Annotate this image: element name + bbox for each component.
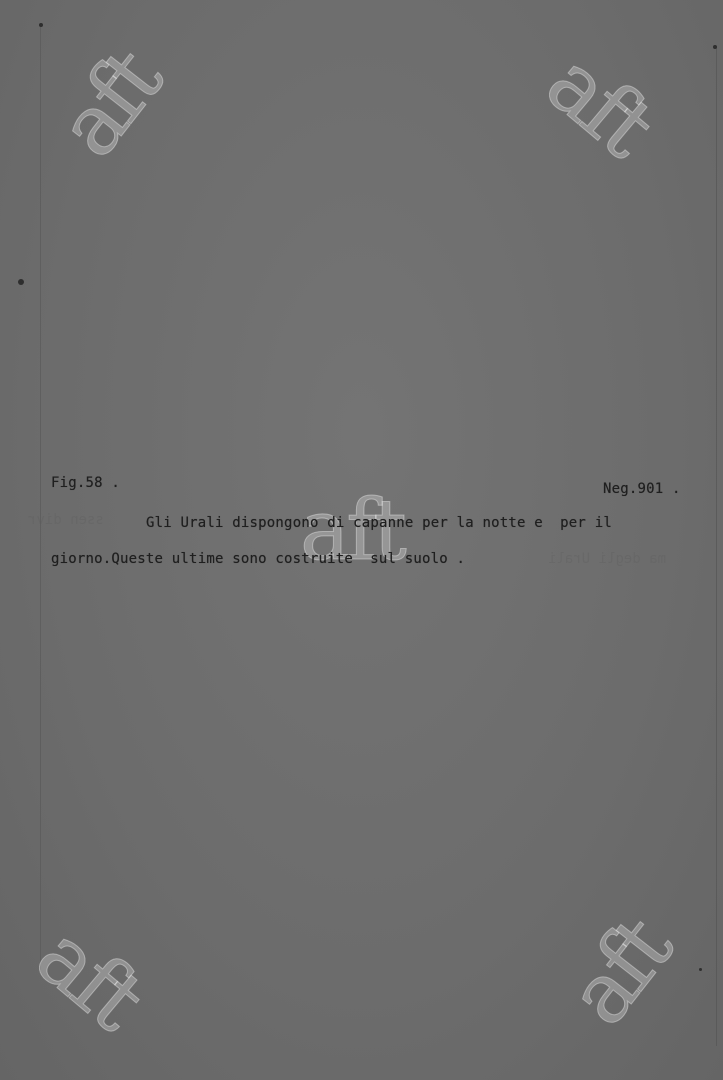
caption-line-2: giorno.Queste ultime sono costruite sul … [51,551,465,567]
figure-label: Fig.58 . [51,475,120,491]
ink-speck [39,23,43,27]
bleed-through-text: ssen divr [28,512,104,528]
left-margin-line [40,24,41,974]
archival-photo-card: aft aft aft aft aft ssen divr ma degli U… [0,0,723,1080]
right-margin-line [716,46,717,1046]
watermark-top-left: aft [45,38,175,171]
bleed-through-text: ma degli Urali [548,551,666,567]
watermark-top-right: aft [533,39,666,170]
watermark-bottom-right: aft [555,906,685,1039]
ink-speck [713,45,717,49]
watermark-bottom-left: aft [23,912,156,1043]
caption-line-1: Gli Urali dispongono di capanne per la n… [146,515,612,531]
ink-speck [18,279,24,285]
ink-speck [699,968,702,971]
negative-number: Neg.901 . [603,481,681,497]
